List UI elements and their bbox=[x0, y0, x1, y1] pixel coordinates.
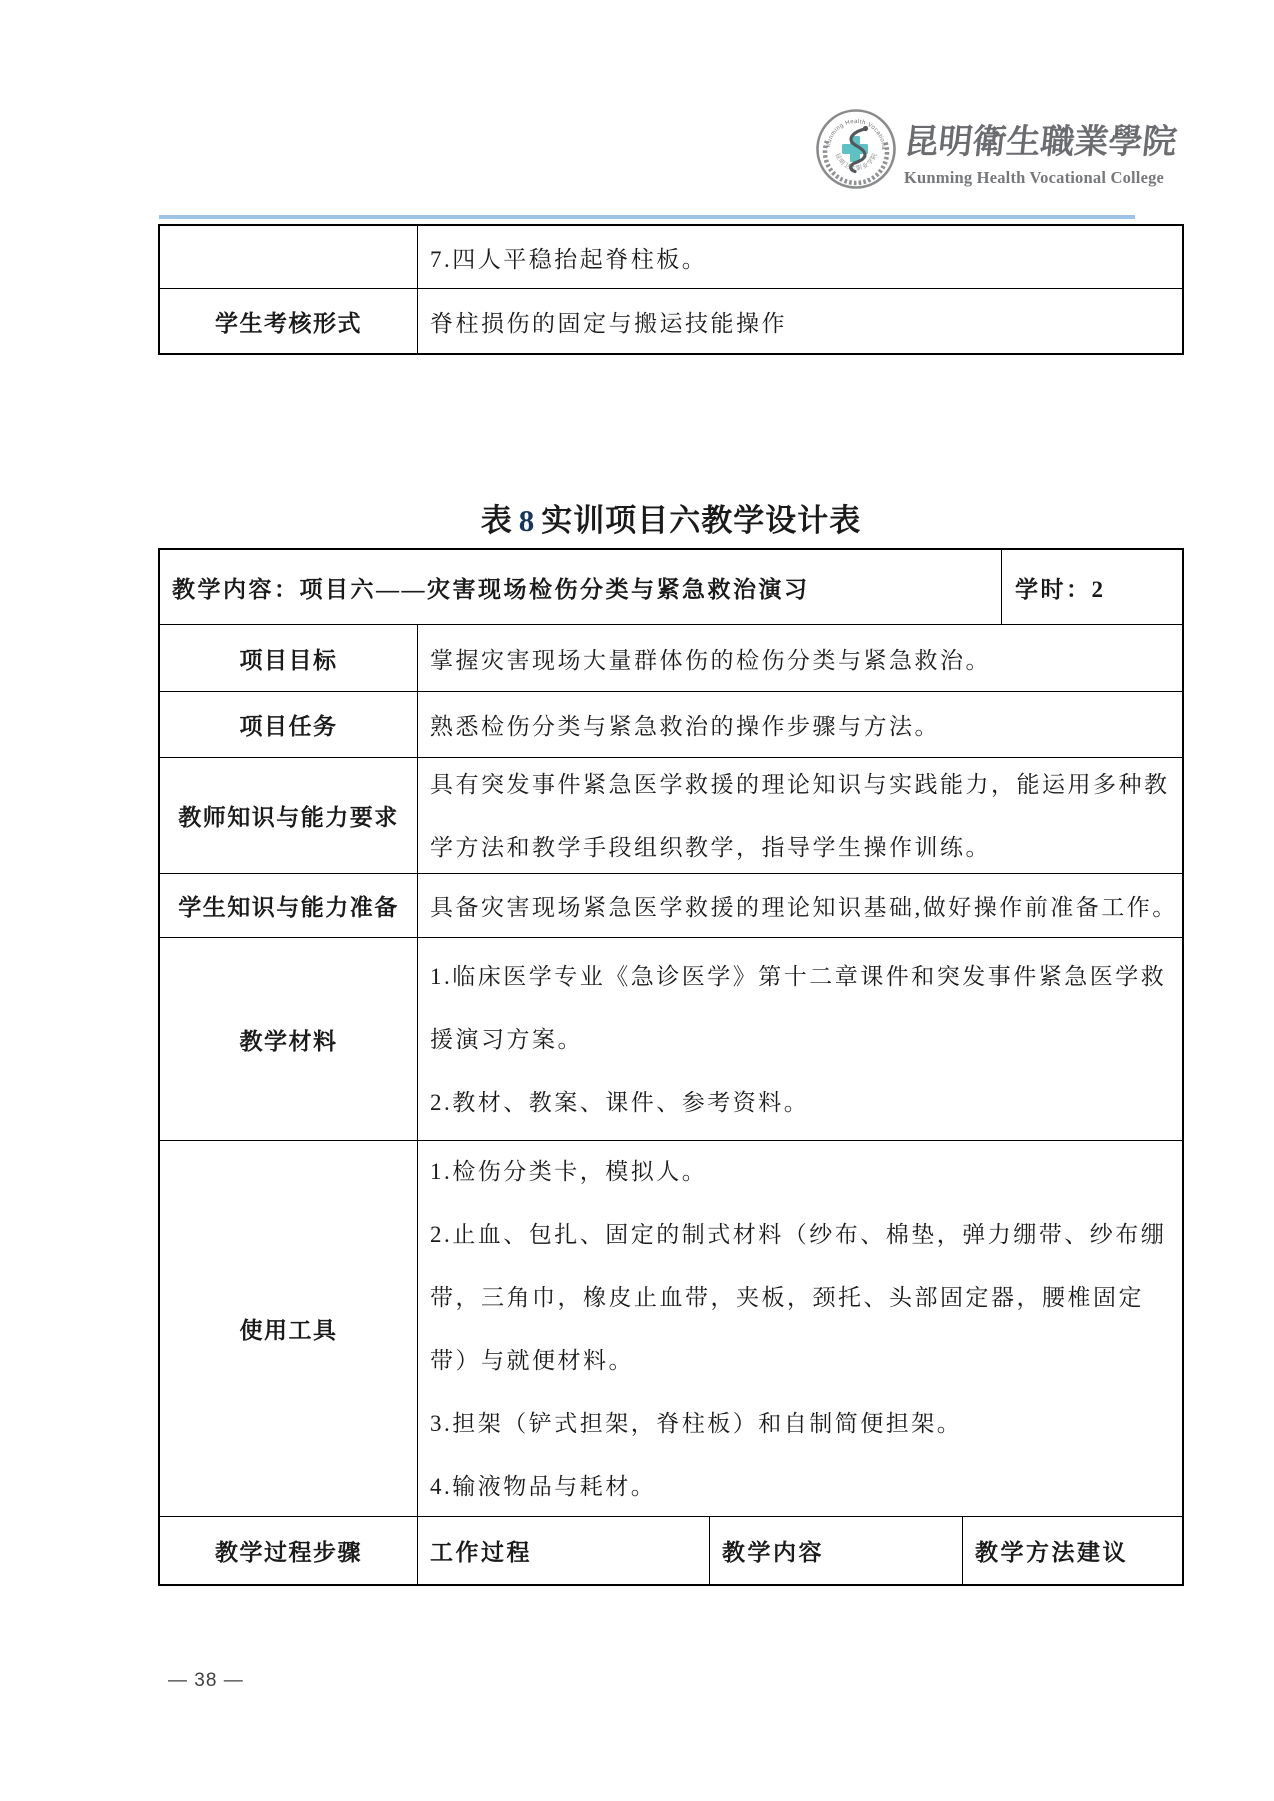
materials-content: 1.临床医学专业《急诊医学》第十二章课件和突发事件紧急医学救援演习方案。 2.教… bbox=[418, 938, 1182, 1140]
process-steps-header: 教学过程步骤 bbox=[160, 1517, 418, 1584]
prior-row1-label bbox=[160, 226, 418, 288]
table-row-teacher: 教师知识与能力要求 具有突发事件紧急医学救援的理论知识与实践能力，能运用多种教学… bbox=[160, 758, 1182, 874]
table-row-student: 学生知识与能力准备 具备灾害现场紧急医学救援的理论知识基础,做好操作前准备工作。 bbox=[160, 874, 1182, 938]
goal-label: 项目目标 bbox=[160, 625, 418, 691]
student-label: 学生知识与能力准备 bbox=[160, 874, 418, 937]
teacher-content: 具有突发事件紧急医学救援的理论知识与实践能力，能运用多种教学方法和教学手段组织教… bbox=[418, 758, 1182, 873]
tools-label: 使用工具 bbox=[160, 1141, 418, 1516]
tools-item-2: 2.止血、包扎、固定的制式材料（纱布、棉垫，弹力绷带、纱布绷带，三角巾，橡皮止血… bbox=[430, 1203, 1178, 1392]
task-label: 项目任务 bbox=[160, 692, 418, 757]
college-seal-icon: Kunming Health Vocational College 昆明卫生职业… bbox=[815, 108, 897, 190]
table-row: 学生考核形式 脊柱损伤的固定与搬运技能操作 bbox=[160, 289, 1182, 353]
task-content: 熟悉检伤分类与紧急救治的操作步骤与方法。 bbox=[418, 692, 1182, 757]
table-title: 表8实训项目六教学设计表 bbox=[158, 496, 1184, 546]
main-table: 教学内容：项目六——灾害现场检伤分类与紧急救治演习 学时：2 项目目标 掌握灾害… bbox=[158, 548, 1184, 1586]
table-row: 7.四人平稳抬起脊柱板。 bbox=[160, 226, 1182, 289]
student-content: 具备灾害现场紧急医学救援的理论知识基础,做好操作前准备工作。 bbox=[418, 874, 1182, 937]
table-title-number: 8 bbox=[513, 503, 542, 538]
class-hours: 学时：2 bbox=[1002, 550, 1182, 624]
work-process-header: 工作过程 bbox=[418, 1517, 710, 1584]
college-name-english: Kunming Health Vocational College bbox=[904, 168, 1184, 188]
table-title-text: 实训项目六教学设计表 bbox=[541, 503, 861, 538]
page-number: — 38 — bbox=[168, 1670, 244, 1692]
teaching-method-header: 教学方法建议 bbox=[963, 1517, 1182, 1584]
document-page: Kunming Health Vocational College 昆明卫生职业… bbox=[0, 0, 1274, 1801]
teaching-content-header: 教学内容：项目六——灾害现场检伤分类与紧急救治演习 bbox=[160, 550, 1002, 624]
table-row-header: 教学内容：项目六——灾害现场检伤分类与紧急救治演习 学时：2 bbox=[160, 550, 1182, 625]
prior-table: 7.四人平稳抬起脊柱板。 学生考核形式 脊柱损伤的固定与搬运技能操作 bbox=[158, 224, 1184, 355]
tools-item-3: 3.担架（铲式担架，脊柱板）和自制简便担架。 bbox=[430, 1392, 1178, 1455]
table-row-goal: 项目目标 掌握灾害现场大量群体伤的检伤分类与紧急救治。 bbox=[160, 625, 1182, 692]
table-row-task: 项目任务 熟悉检伤分类与紧急救治的操作步骤与方法。 bbox=[160, 692, 1182, 758]
materials-label: 教学材料 bbox=[160, 938, 418, 1140]
table-row-process: 教学过程步骤 工作过程 教学内容 教学方法建议 bbox=[160, 1517, 1182, 1584]
materials-item-2: 2.教材、教案、课件、参考资料。 bbox=[430, 1071, 1178, 1134]
tools-content: 1.检伤分类卡，模拟人。 2.止血、包扎、固定的制式材料（纱布、棉垫，弹力绷带、… bbox=[418, 1141, 1182, 1516]
tools-item-1: 1.检伤分类卡，模拟人。 bbox=[430, 1141, 1178, 1203]
header-divider-line bbox=[159, 215, 1135, 219]
prior-row2-content: 脊柱损伤的固定与搬运技能操作 bbox=[418, 289, 1182, 353]
tools-item-4: 4.输液物品与耗材。 bbox=[430, 1455, 1178, 1517]
table-row-tools: 使用工具 1.检伤分类卡，模拟人。 2.止血、包扎、固定的制式材料（纱布、棉垫，… bbox=[160, 1141, 1182, 1517]
teacher-label: 教师知识与能力要求 bbox=[160, 758, 418, 873]
goal-content: 掌握灾害现场大量群体伤的检伤分类与紧急救治。 bbox=[418, 625, 1182, 691]
materials-item-1: 1.临床医学专业《急诊医学》第十二章课件和突发事件紧急医学救援演习方案。 bbox=[430, 945, 1178, 1071]
teaching-content-col-header: 教学内容 bbox=[710, 1517, 963, 1584]
prior-row2-label: 学生考核形式 bbox=[160, 289, 418, 353]
college-logo: Kunming Health Vocational College 昆明卫生职业… bbox=[815, 108, 1180, 194]
college-name-calligraphy: 昆明衛生職業學院 bbox=[902, 112, 1185, 164]
table-title-prefix: 表 bbox=[481, 503, 513, 538]
table-row-materials: 教学材料 1.临床医学专业《急诊医学》第十二章课件和突发事件紧急医学救援演习方案… bbox=[160, 938, 1182, 1141]
prior-row1-content: 7.四人平稳抬起脊柱板。 bbox=[418, 226, 1182, 288]
